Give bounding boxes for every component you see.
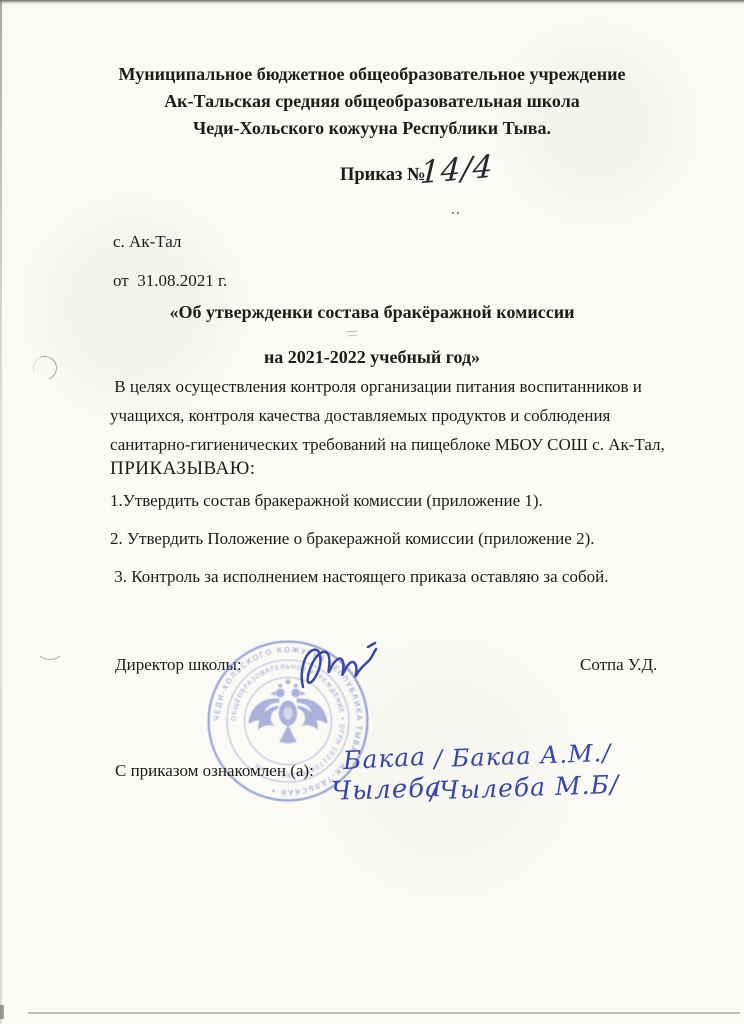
scan-edge-bottom	[28, 1012, 740, 1014]
order-number-label: Приказ №	[340, 165, 426, 186]
director-signature-scribble	[296, 641, 380, 697]
handwritten-decryption-2: /Чылеба М.Б/	[430, 770, 620, 806]
order-number-handwritten: 14/4	[419, 149, 494, 192]
punch-hole-bottom-icon	[36, 638, 64, 660]
order-title-line-1: «Об утвержденки состава бракёражной коми…	[60, 302, 684, 323]
scan-edge-top	[0, 0, 744, 5]
punch-hole-top-icon	[29, 352, 61, 384]
scan-edge-corner	[0, 1005, 4, 1019]
preamble-line: санитарно-гигиенических требований на пи…	[110, 435, 665, 455]
letterhead-line-2: Ак-Тальская средняя общеобразовательная …	[60, 88, 684, 115]
handwritten-name-2: Чылеба	[331, 773, 443, 807]
order-title-line-2: на 2021-2022 учебный год»	[60, 347, 684, 368]
acknowledged-label: С приказом ознакомлен (а):	[115, 761, 314, 781]
scan-smudge	[347, 331, 357, 337]
scan-speck	[452, 212, 454, 214]
order-item-3: 3. Контроль за исполнением настоящего пр…	[110, 567, 608, 587]
handwritten-decryption-1: / Бакаа А.М./	[434, 739, 612, 773]
letterhead-line-3: Чеди-Хольского кожууна Республики Тыва.	[60, 115, 684, 142]
preamble-line: В целях осуществления контроля организац…	[110, 377, 642, 397]
director-name: Сотпа У.Д.	[580, 655, 657, 675]
order-item-2: 2. Утвердить Положение о бракеражной ком…	[110, 529, 594, 549]
order-date: от 31.08.2021 г.	[113, 271, 227, 291]
scan-edge-left	[0, 0, 2, 1024]
handwritten-name-1: Бакаа	[342, 742, 426, 775]
letterhead: Муниципальное бюджетное общеобразователь…	[60, 61, 684, 142]
decree-word: ПРИКАЗЫВАЮ:	[110, 458, 256, 480]
order-item-1: 1.Утвердить состав бракеражной комиссии …	[110, 491, 543, 511]
order-place: с. Ак-Тал	[113, 232, 181, 252]
preamble-line: учащихся, контроля качества доставляемых…	[110, 406, 610, 426]
letterhead-line-1: Муниципальное бюджетное общеобразователь…	[60, 61, 684, 88]
scanned-document-page: Муниципальное бюджетное общеобразователь…	[0, 0, 744, 1024]
